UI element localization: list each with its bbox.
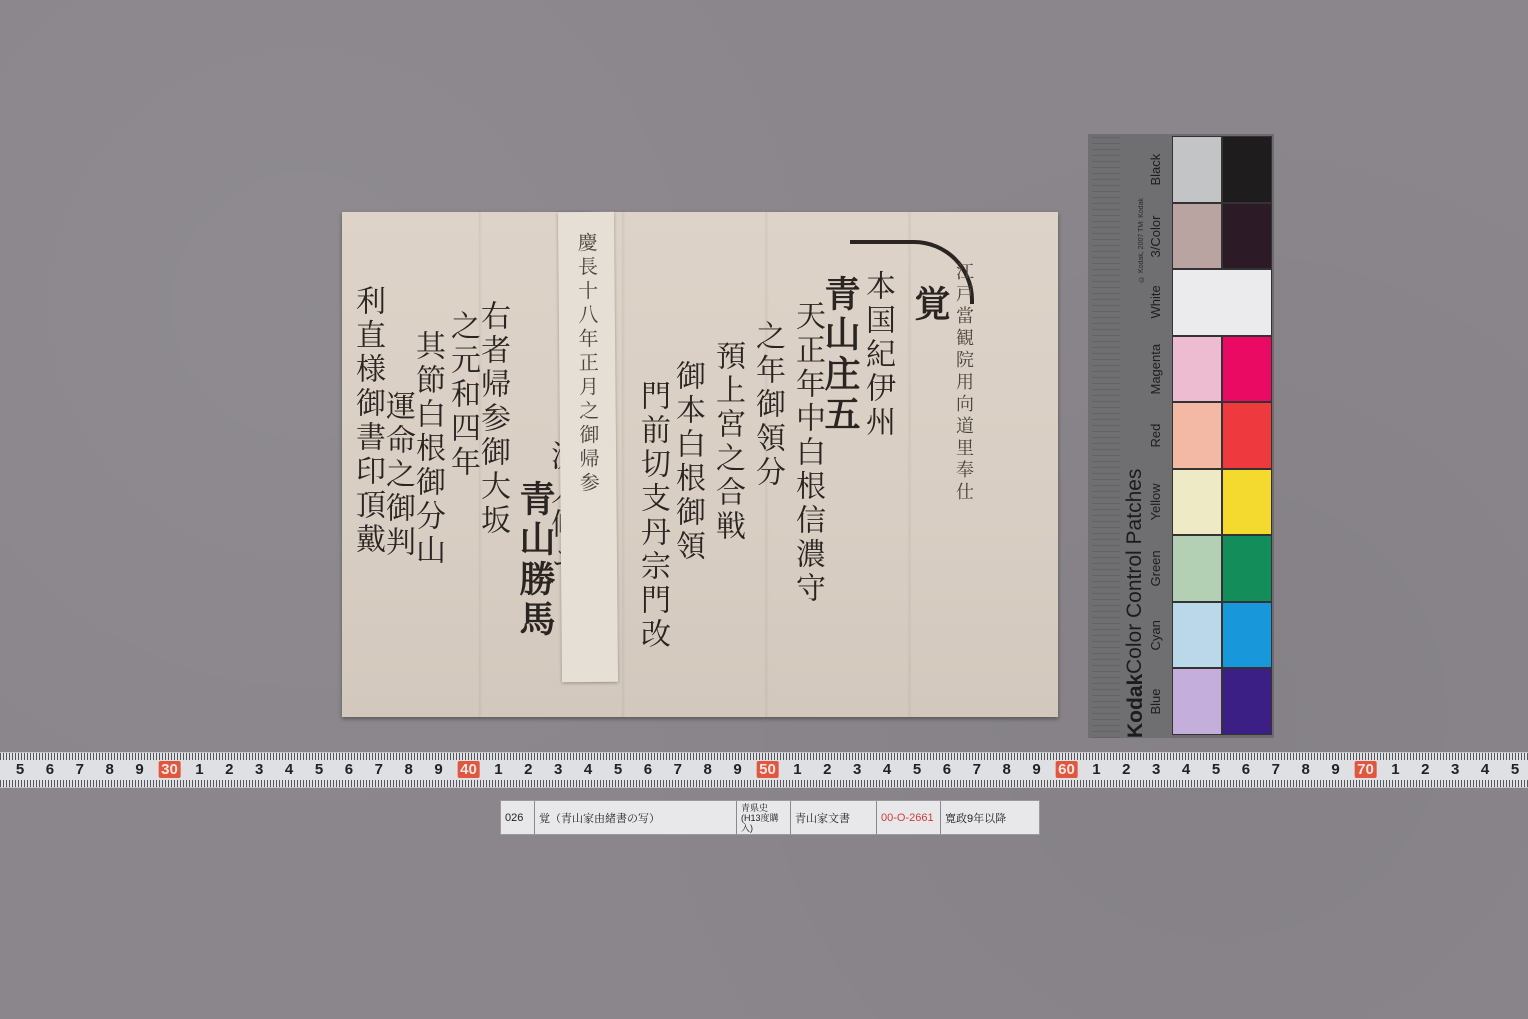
- patch-label: Black: [1148, 136, 1170, 203]
- tape-mark: 5: [16, 761, 24, 778]
- patch-blue-dark: [1222, 668, 1272, 735]
- patch-magenta-light: [1172, 336, 1222, 403]
- patch-red-light: [1172, 402, 1222, 469]
- patch-label: Cyan: [1148, 602, 1170, 669]
- patch-black-dark: [1222, 136, 1272, 203]
- card-title-text: Color Control Patches: [1123, 468, 1147, 673]
- tape-mark: 1: [494, 761, 502, 778]
- card-title: Kodak Color Control Patches: [1120, 134, 1150, 748]
- document-column: 利直様御書印頂戴: [345, 285, 389, 557]
- document-column: 門前切支丹宗門改: [630, 380, 674, 652]
- tape-mark: 3: [853, 761, 861, 778]
- tape-mark: 7: [375, 761, 383, 778]
- tape-mark: 8: [1302, 761, 1310, 778]
- tape-mark: 9: [434, 761, 442, 778]
- document-column: 青山勝馬: [510, 480, 561, 640]
- patch-cyan-light: [1172, 602, 1222, 669]
- tape-mark: 7: [973, 761, 981, 778]
- tape-mark: 8: [106, 761, 114, 778]
- tape-mark: 9: [1032, 761, 1040, 778]
- tape-mark: 6: [1242, 761, 1250, 778]
- tape-mark: 4: [883, 761, 891, 778]
- patch-yellow-light: [1172, 469, 1222, 536]
- tape-mark: 6: [46, 761, 54, 778]
- tape-mark: 1: [1092, 761, 1100, 778]
- tape-major-mark: 50: [756, 761, 779, 778]
- document-column: 覚: [905, 285, 956, 325]
- tape-mark: 5: [614, 761, 622, 778]
- patch-label: Green: [1148, 535, 1170, 602]
- patch-yellow-dark: [1222, 469, 1272, 536]
- tape-major-mark: 30: [158, 761, 181, 778]
- tape-ticks-bottom: [0, 780, 1528, 787]
- patch-label: Blue: [1148, 668, 1170, 735]
- tape-mark: 2: [1421, 761, 1429, 778]
- tape-major-mark: 40: [457, 761, 480, 778]
- label-title: 覚（青山家由緒書の写）: [535, 801, 737, 834]
- tape-mark: 9: [1331, 761, 1339, 778]
- tape-mark: 2: [524, 761, 532, 778]
- tape-mark: 9: [733, 761, 741, 778]
- patch-label: Red: [1148, 402, 1170, 469]
- label-date: 寛政9年以降: [941, 801, 1039, 834]
- tape-mark: 2: [225, 761, 233, 778]
- tape-mark: 4: [584, 761, 592, 778]
- tape-mark: 6: [644, 761, 652, 778]
- tape-mark: 5: [913, 761, 921, 778]
- tape-ticks-top: [0, 753, 1528, 760]
- document-column: 天正年中白根信濃守: [785, 300, 829, 606]
- patch-label: White: [1148, 269, 1170, 336]
- tape-mark: 2: [823, 761, 831, 778]
- patch-red-dark: [1222, 402, 1272, 469]
- tape-mark: 8: [1003, 761, 1011, 778]
- tape-major-mark: 60: [1055, 761, 1078, 778]
- patch-3-color-dark: [1222, 203, 1272, 270]
- label-number: 026: [501, 801, 535, 834]
- patch-cyan-dark: [1222, 602, 1272, 669]
- patch-green-light: [1172, 535, 1222, 602]
- card-ruler: [1092, 134, 1120, 738]
- label-collection: 青山家文書: [791, 801, 877, 834]
- tape-mark: 5: [315, 761, 323, 778]
- patch-3-color-light: [1172, 203, 1222, 270]
- patch-white: [1172, 269, 1272, 336]
- tape-mark: 7: [76, 761, 84, 778]
- patch-magenta-dark: [1222, 336, 1272, 403]
- tape-mark: 3: [1451, 761, 1459, 778]
- tape-mark: 3: [1152, 761, 1160, 778]
- label-id: 00-O-2661: [877, 801, 941, 834]
- tape-mark: 4: [285, 761, 293, 778]
- patch-black-light: [1172, 136, 1222, 203]
- tape-mark: 1: [793, 761, 801, 778]
- label-source: 青県史(H13度購入): [737, 801, 791, 834]
- tape-mark: 4: [1481, 761, 1489, 778]
- document-column: 之年御領分: [745, 320, 789, 490]
- strip-text: 慶長十八年正月之御帰参: [572, 232, 605, 652]
- tape-numbers: 5678930123456789401234567895012345678960…: [0, 761, 1528, 781]
- tape-mark: 6: [345, 761, 353, 778]
- tape-mark: 1: [1391, 761, 1399, 778]
- measuring-tape: 5678930123456789401234567895012345678960…: [0, 752, 1528, 788]
- catalog-label: 026 覚（青山家由緒書の写） 青県史(H13度購入) 青山家文書 00-O-2…: [500, 800, 1040, 835]
- tape-mark: 2: [1122, 761, 1130, 778]
- tape-mark: 4: [1182, 761, 1190, 778]
- tape-mark: 8: [405, 761, 413, 778]
- patch-blue-light: [1172, 668, 1222, 735]
- tape-major-mark: 70: [1354, 761, 1377, 778]
- tape-mark: 1: [195, 761, 203, 778]
- tape-mark: 5: [1212, 761, 1220, 778]
- patch-label: Magenta: [1148, 336, 1170, 403]
- document-column: 預上宮之合戦: [705, 340, 749, 544]
- tape-mark: 3: [255, 761, 263, 778]
- tape-mark: 8: [704, 761, 712, 778]
- card-brand: Kodak: [1124, 674, 1148, 738]
- tape-mark: 7: [674, 761, 682, 778]
- attached-paper-strip: 慶長十八年正月之御帰参: [558, 212, 618, 682]
- tape-mark: 9: [135, 761, 143, 778]
- patch-label: Yellow: [1148, 469, 1170, 536]
- patch-green-dark: [1222, 535, 1272, 602]
- patch-label: 3/Color: [1148, 203, 1170, 270]
- tape-mark: 6: [943, 761, 951, 778]
- tape-mark: 7: [1272, 761, 1280, 778]
- tape-mark: 3: [554, 761, 562, 778]
- kodak-color-card: © Kodak, 2007 TM: Kodak Kodak Color Cont…: [1088, 134, 1274, 738]
- tape-mark: 5: [1511, 761, 1519, 778]
